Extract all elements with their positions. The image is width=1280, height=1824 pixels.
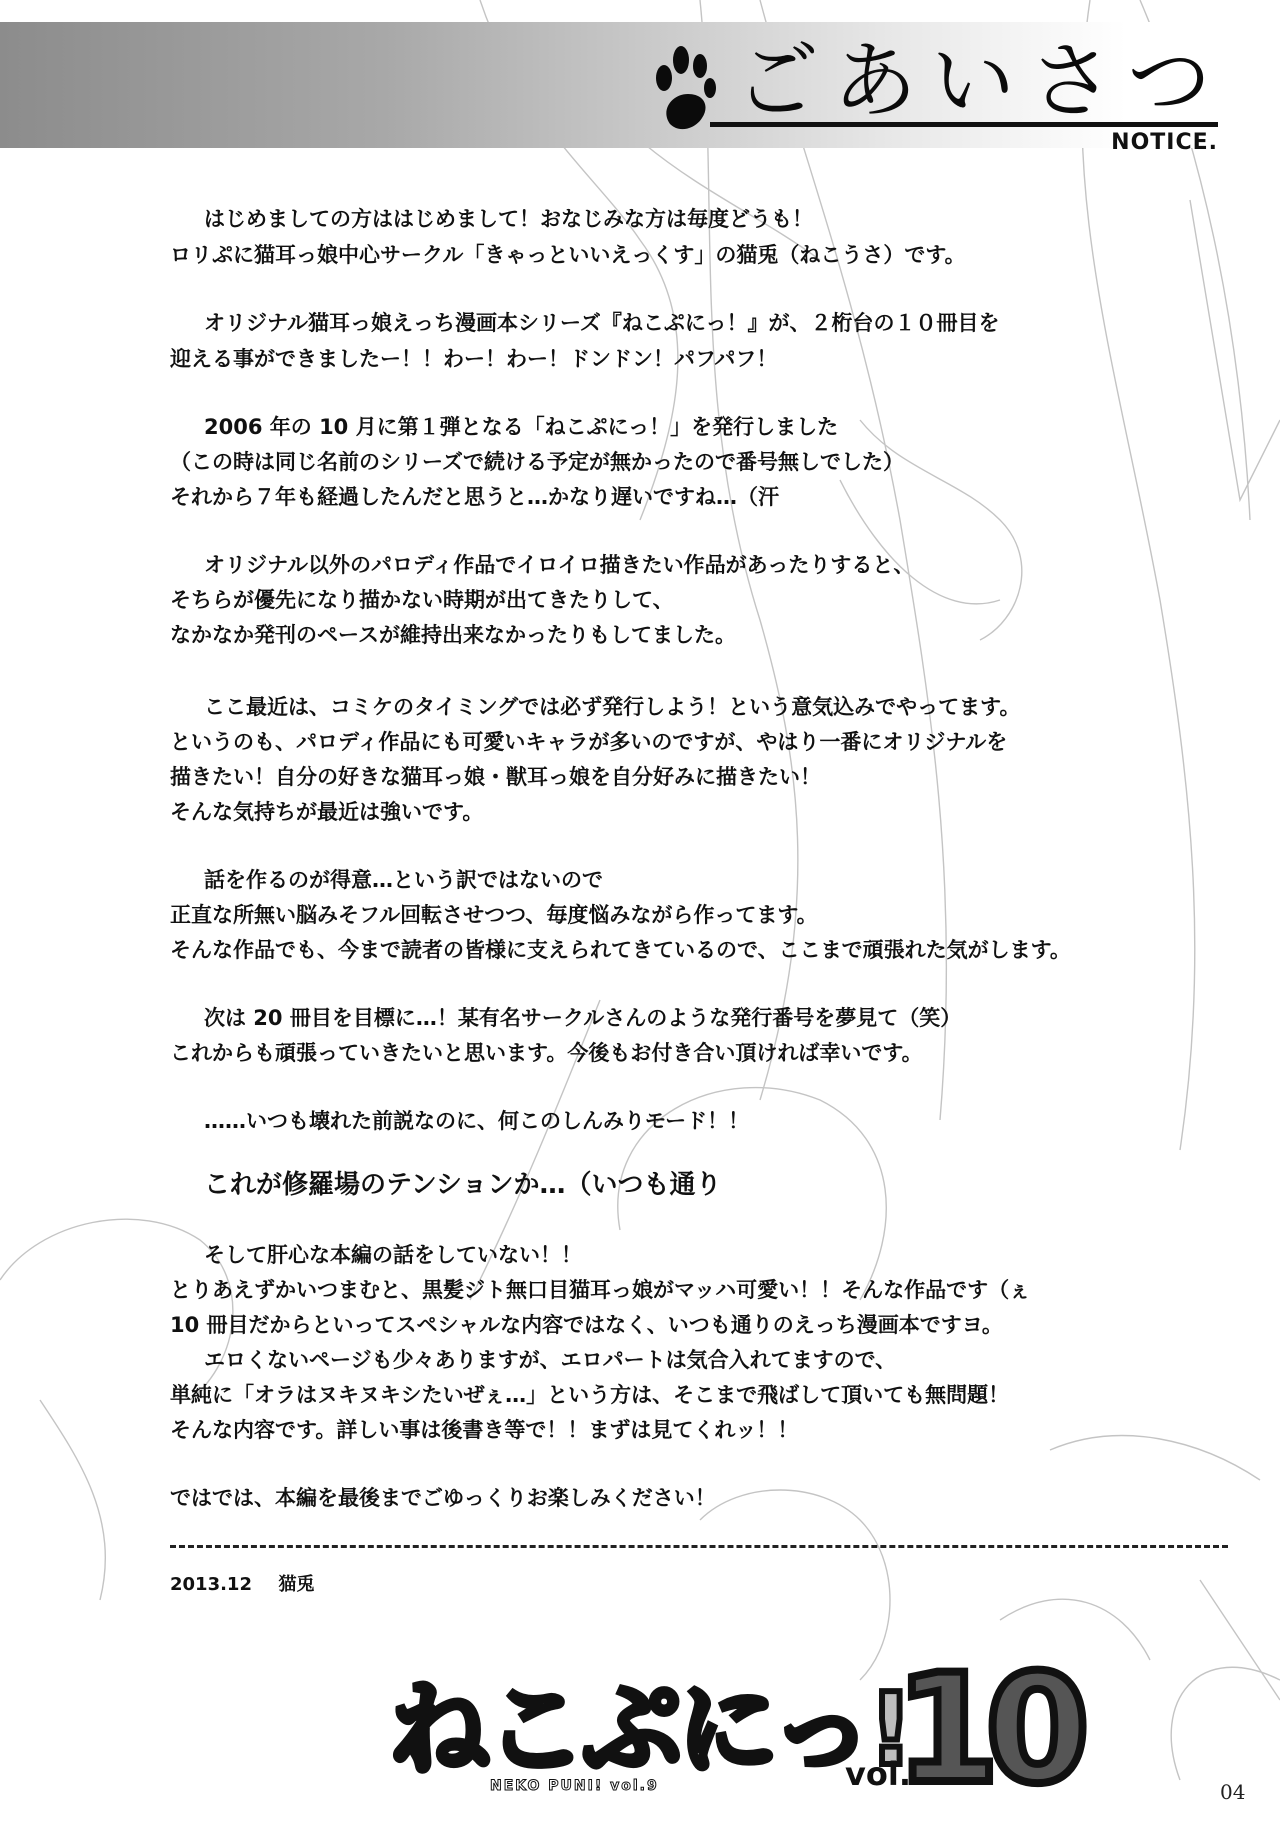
text-line: （この時は同じ名前のシリーズで続ける予定が無かったので番号無しでした） (170, 447, 904, 477)
text-line: とりあえずかいつまむと、黒髪ジト無口目猫耳っ娘がマッハ可愛い！！そんな作品です（… (170, 1275, 1030, 1305)
text-line: これからも頑張っていきたいと思います。今後もお付き合い頂ければ幸いです。 (170, 1038, 923, 1068)
text-line: オリジナル以外のパロディ作品でイロイロ描きたい作品があったりすると、 (170, 550, 914, 580)
signature: 2013.12 猫兎 (170, 1570, 315, 1596)
closing-line: ではでは、本編を最後までごゆっくりお楽しみください！ (170, 1483, 716, 1513)
page-title: ごあいさつ (735, 36, 1225, 126)
text-line: というのも、パロディ作品にも可愛いキャラが多いのですが、やはり一番にオリジナルを (170, 727, 1007, 757)
logo-title: ねこぷにっ! (390, 1670, 910, 1790)
text-line: 話を作るのが得意…という訳ではないので (170, 865, 603, 895)
text-line: エロくないページも少々ありますが、エロパートは気合入れてますので、 (170, 1345, 896, 1375)
text-line: それから７年も経過したんだと思うと…かなり遅いですね…（汗 (170, 482, 779, 512)
text-line: そして肝心な本編の話をしていない！！ (170, 1240, 582, 1270)
emphasis-line: これが修羅場のテンションか…（いつも通り (170, 1170, 722, 1200)
text-line: なかなか発刊のペースが維持出来なかったりもしてました。 (170, 620, 736, 650)
text-line: ロリぷに猫耳っ娘中心サークル「きゃっといいえっくす」の猫兎（ねこうさ）です。 (170, 240, 966, 270)
text-line: 10 冊目だからといってスペシャルな内容ではなく、いつも通りのえっち漫画本ですヨ… (170, 1310, 1003, 1340)
signature-date: 2013.12 (170, 1574, 252, 1595)
title-underline (710, 122, 1218, 127)
text-line: 単純に「オラはヌキヌキシたいぜぇ…」という方は、そこまで飛ばして頂いても無問題！ (170, 1380, 1009, 1410)
text-line: 迎える事ができましたー！！わー！わー！ドンドン！パフパフ！ (170, 344, 777, 374)
text-line: 描きたい！自分の好きな猫耳っ娘・獣耳っ娘を自分好みに描きたい！ (170, 762, 821, 792)
text-line: オリジナル猫耳っ娘えっち漫画本シリーズ『ねこぷにっ！』が、２桁台の１０冊目を (170, 308, 999, 338)
section-title: ごあいさつ NOTICE. (650, 30, 1250, 150)
text-line: そんな作品でも、今まで読者の皆様に支えられてきているので、ここまで頑張れた気がし… (170, 935, 1071, 965)
text-line: 正直な所無い脳みそフル回転させつつ、毎度悩みながら作ってます。 (170, 900, 818, 930)
text-line: 2006 年の 10 月に第１弾となる「ねこぷにっ！」を発行しました (170, 412, 838, 442)
page-number: 04 (1220, 1780, 1245, 1804)
text-line: 次は 20 冊目を目標に…！某有名サークルさんのような発行番号を夢見て（笑） (170, 1003, 961, 1033)
notice-subtitle: NOTICE. (1111, 130, 1218, 155)
series-logo: ねこぷにっ! NEKO PUNI! vol.9 vol. 10 (390, 1660, 1030, 1810)
logo-vol-number: 10 (895, 1650, 1076, 1810)
text-line: そんな気持ちが最近は強いです。 (170, 797, 483, 827)
text-line: ここ最近は、コミケのタイミングでは必ず発行しよう！という意気込みでやってます。 (170, 692, 1020, 722)
text-line: はじめましての方ははじめまして！おなじみな方は毎度どうも！ (170, 204, 813, 234)
dashed-divider (170, 1545, 1228, 1548)
signature-author: 猫兎 (279, 1574, 315, 1595)
text-line: そんな内容です。詳しい事は後書き等で！！まずは見てくれッ！！ (170, 1415, 798, 1445)
text-line: ……いつも壊れた前説なのに、何このしんみりモード！！ (170, 1106, 749, 1136)
logo-romaji: NEKO PUNI! vol.9 (490, 1778, 659, 1794)
text-line: そちらが優先になり描かない時期が出てきたりして、 (170, 585, 674, 615)
